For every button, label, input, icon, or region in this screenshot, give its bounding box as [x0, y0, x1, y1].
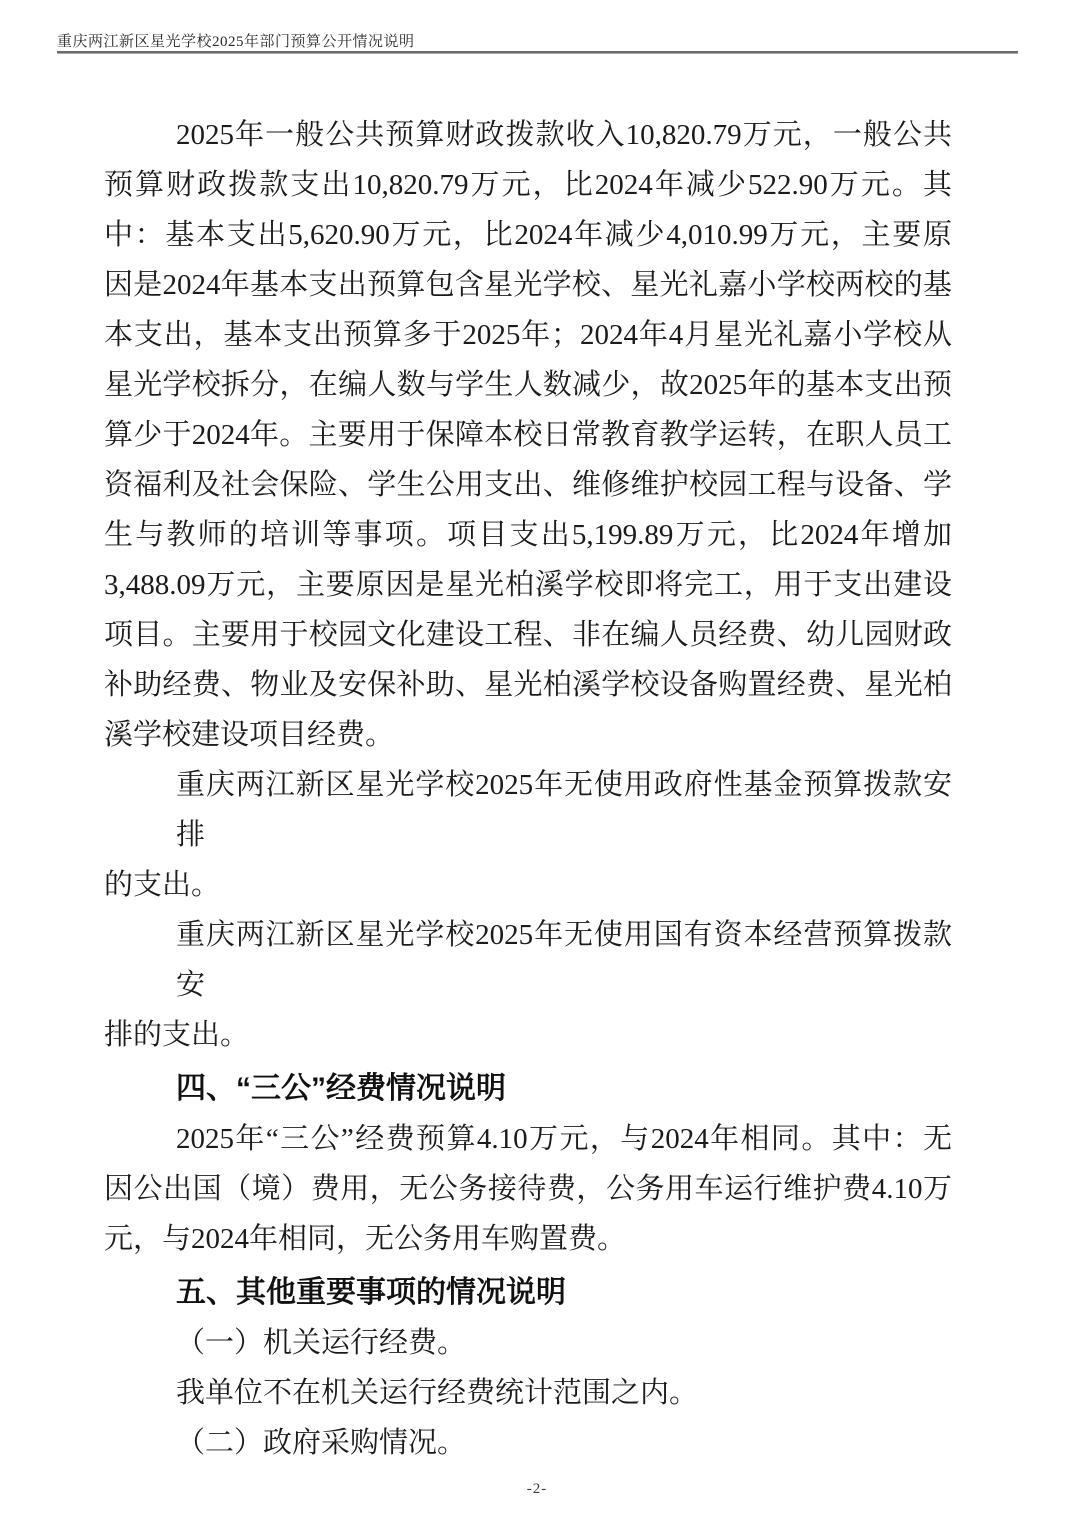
- paragraph: （一）机关运行经费。: [104, 1318, 952, 1368]
- text-line: 因公出国（境）费用，无公务接待费，公务用车运行维护费4.10万: [104, 1164, 952, 1214]
- text-line: 排的支出。: [104, 1010, 952, 1060]
- page-number: -2-: [0, 1481, 1074, 1498]
- text-line: 补助经费、物业及安保补助、星光柏溪学校设备购置经费、星光柏: [104, 660, 952, 710]
- page-header-title: 重庆两江新区星光学校2025年部门预算公开情况说明: [57, 30, 415, 51]
- text-line: 3,488.09万元，主要原因是星光柏溪学校即将完工，用于支出建设: [104, 560, 952, 610]
- text-line: 资福利及社会保险、学生公用支出、维修维护校园工程与设备、学: [104, 460, 952, 510]
- paragraph: 重庆两江新区星光学校2025年无使用政府性基金预算拨款安排的支出。: [104, 760, 952, 910]
- text-line: 项目。主要用于校园文化建设工程、非在编人员经费、幼儿园财政: [104, 610, 952, 660]
- paragraph: 2025年“三公”经费预算4.10万元，与2024年相同。其中：无因公出国（境）…: [104, 1114, 952, 1264]
- text-line: （二）政府采购情况。: [104, 1418, 952, 1468]
- text-line: 本支出，基本支出预算多于2025年；2024年4月星光礼嘉小学校从: [104, 310, 952, 360]
- header-divider-rule: [57, 51, 1018, 54]
- text-line: 2025年一般公共预算财政拨款收入10,820.79万元，一般公共: [104, 110, 952, 160]
- text-line: 中：基本支出5,620.90万元，比2024年减少4,010.99万元，主要原: [104, 210, 952, 260]
- paragraph: 我单位不在机关运行经费统计范围之内。: [104, 1368, 952, 1418]
- text-line: 生与教师的培训等事项。项目支出5,199.89万元，比2024年增加: [104, 510, 952, 560]
- text-line: 的支出。: [104, 860, 952, 910]
- paragraph: 重庆两江新区星光学校2025年无使用国有资本经营预算拨款安排的支出。: [104, 910, 952, 1060]
- text-line: 算少于2024年。主要用于保障本校日常教育教学运转，在职人员工: [104, 410, 952, 460]
- text-line: 溪学校建设项目经费。: [104, 710, 952, 760]
- text-line: 五、其他重要事项的情况说明: [104, 1268, 952, 1318]
- text-line: 重庆两江新区星光学校2025年无使用政府性基金预算拨款安排: [104, 760, 952, 860]
- document-body: 2025年一般公共预算财政拨款收入10,820.79万元，一般公共预算财政拨款支…: [104, 110, 952, 1468]
- text-line: 四、“三公”经费情况说明: [104, 1064, 952, 1114]
- text-line: 重庆两江新区星光学校2025年无使用国有资本经营预算拨款安: [104, 910, 952, 1010]
- text-line: 元，与2024年相同，无公务用车购置费。: [104, 1214, 952, 1264]
- document-page: 重庆两江新区星光学校2025年部门预算公开情况说明 2025年一般公共预算财政拨…: [0, 0, 1074, 1520]
- paragraph: （二）政府采购情况。: [104, 1418, 952, 1468]
- text-line: 预算财政拨款支出10,820.79万元，比2024年减少522.90万元。其: [104, 160, 952, 210]
- text-line: （一）机关运行经费。: [104, 1318, 952, 1368]
- text-line: 2025年“三公”经费预算4.10万元，与2024年相同。其中：无: [104, 1114, 952, 1164]
- text-line: 星光学校拆分，在编人数与学生人数减少，故2025年的基本支出预: [104, 360, 952, 410]
- text-line: 因是2024年基本支出预算包含星光学校、星光礼嘉小学校两校的基: [104, 260, 952, 310]
- section-heading: 五、其他重要事项的情况说明: [104, 1268, 952, 1318]
- section-heading: 四、“三公”经费情况说明: [104, 1064, 952, 1114]
- paragraph: 2025年一般公共预算财政拨款收入10,820.79万元，一般公共预算财政拨款支…: [104, 110, 952, 760]
- text-line: 我单位不在机关运行经费统计范围之内。: [104, 1368, 952, 1418]
